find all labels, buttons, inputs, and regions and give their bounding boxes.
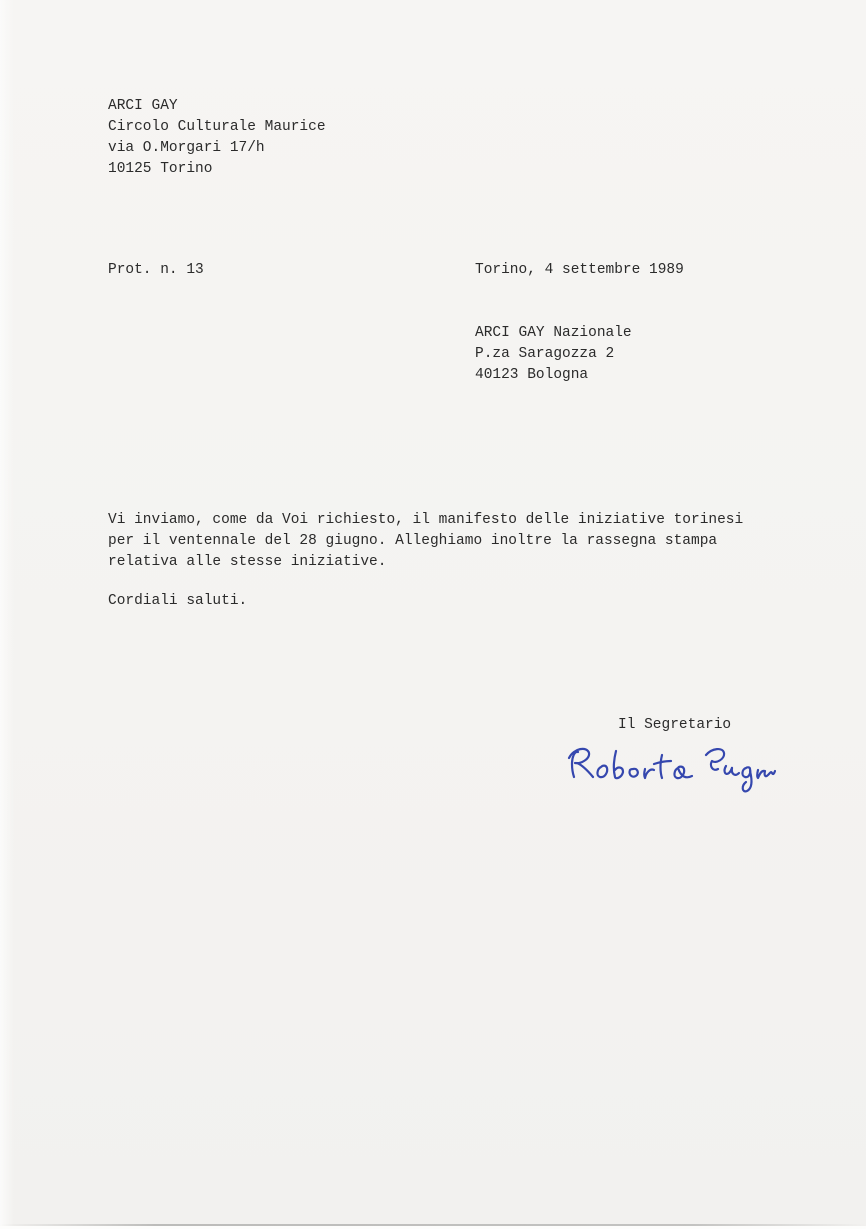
letter-page: ARCI GAY Circolo Culturale Maurice via O…: [0, 0, 866, 1229]
sender-street: via O.Morgari 17/h: [108, 138, 326, 159]
body-line: per il ventennale del 28 giugno. Alleghi…: [108, 531, 743, 552]
body-line: Vi inviamo, come da Voi richiesto, il ma…: [108, 510, 743, 531]
recipient-address-block: ARCI GAY Nazionale P.za Saragozza 2 4012…: [475, 323, 632, 386]
body-paragraph: Vi inviamo, come da Voi richiesto, il ma…: [108, 510, 743, 573]
signature-role-title: Il Segretario: [618, 715, 731, 736]
recipient-street: P.za Saragozza 2: [475, 344, 632, 365]
protocol-number: Prot. n. 13: [108, 260, 204, 281]
dateline: Torino, 4 settembre 1989: [475, 260, 684, 281]
sender-address-block: ARCI GAY Circolo Culturale Maurice via O…: [108, 96, 326, 180]
recipient-city: 40123 Bologna: [475, 365, 632, 386]
sender-club-name: Circolo Culturale Maurice: [108, 117, 326, 138]
body-line: relativa alle stesse iniziative.: [108, 552, 743, 573]
scan-left-edge-highlight: [0, 0, 14, 1229]
signature-ink-strokes: [566, 735, 776, 795]
handwritten-signature: [566, 735, 776, 795]
sender-city: 10125 Torino: [108, 159, 326, 180]
scan-bottom-edge-line: [0, 1224, 866, 1226]
recipient-organization: ARCI GAY Nazionale: [475, 323, 632, 344]
closing-salutation: Cordiali saluti.: [108, 591, 247, 612]
sender-organization: ARCI GAY: [108, 96, 326, 117]
